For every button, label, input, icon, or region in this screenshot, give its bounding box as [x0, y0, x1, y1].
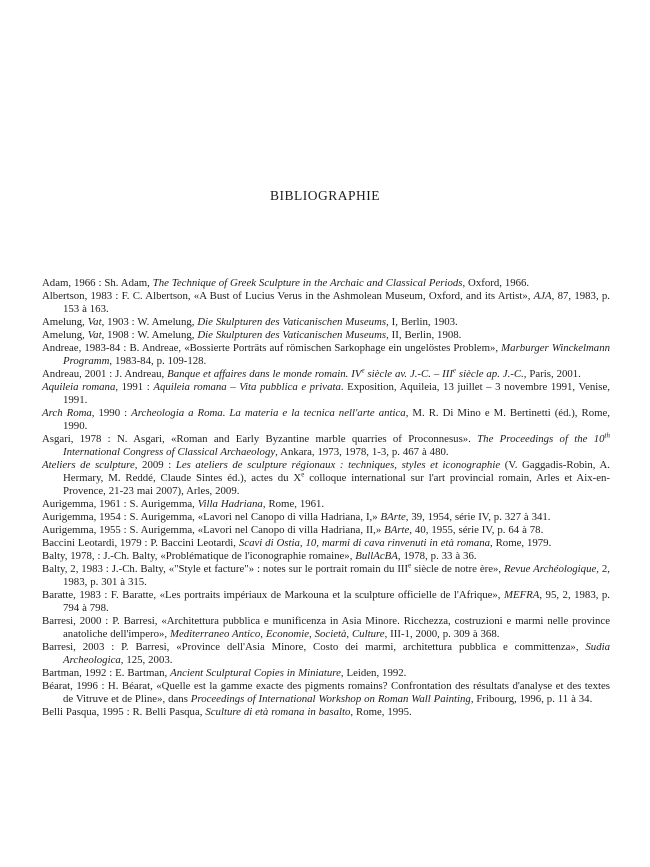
entry-italic-text: th	[605, 431, 610, 439]
entry-italic-text: Arch Roma	[42, 407, 92, 419]
entry-italic-text: Mediterraneo Antico, Economie, Società, …	[170, 628, 385, 640]
bibliography-entry: Andreau, 2001 : J. Andreau, Banque et af…	[42, 368, 610, 381]
entry-italic-text: Scavi di Ostia, 10, marmi di cava rinven…	[239, 537, 490, 549]
entry-text: , 1978, p. 33 à 36.	[398, 550, 477, 562]
bibliography-entry: Bartman, 1992 : E. Bartman, Ancient Scul…	[42, 667, 610, 680]
entry-text: , 2009 :	[135, 459, 176, 471]
entry-italic-text: Vat	[88, 316, 102, 328]
bibliography-list: Adam, 1966 : Sh. Adam, The Technique of …	[42, 277, 610, 719]
entry-text: , Ankara, 1973, 1978, 1-3, p. 467 à 480.	[275, 446, 448, 458]
entry-text: Amelung,	[42, 316, 88, 328]
entry-italic-text: Aquileia romana	[42, 381, 115, 393]
entry-italic-text: Proceedings of International Workshop on…	[191, 693, 471, 705]
entry-italic-text: siècle av. J.-C. – III	[365, 368, 453, 380]
bibliography-entry: Barresi, 2003 : P. Barresi, «Province de…	[42, 641, 610, 667]
entry-text: Paris, 2001.	[527, 368, 581, 380]
bibliography-entry: Béarat, 1996 : H. Béarat, «Quelle est la…	[42, 680, 610, 706]
bibliography-entry: Amelung, Vat, 1908 : W. Amelung, Die Sku…	[42, 329, 610, 342]
entry-text: , 1991 :	[115, 381, 153, 393]
entry-text: , Rome, 1995.	[350, 706, 411, 718]
entry-text: Andreau, 2001 : J. Andreau,	[42, 368, 167, 380]
entry-text: , 1990 :	[92, 407, 131, 419]
bibliography-entry: Aurigemma, 1954 : S. Aurigemma, «Lavori …	[42, 511, 610, 524]
entry-text: Amelung,	[42, 329, 88, 341]
entry-italic-text: Les ateliers de sculpture régionaux : te…	[176, 459, 500, 471]
entry-text: , II, Berlin, 1908.	[386, 329, 461, 341]
bibliography-entry: Barresi, 2000 : P. Barresi, «Architettur…	[42, 615, 610, 641]
entry-italic-text: Revue Archéologique	[504, 563, 596, 575]
bibliography-entry: Aurigemma, 1955 : S. Aurigemma, «Lavori …	[42, 524, 610, 537]
entry-text: Baratte, 1983 : F. Baratte, «Les portrai…	[42, 589, 504, 601]
entry-italic-text: Ateliers de sculpture	[42, 459, 135, 471]
bibliography-entry: Balty, 2, 1983 : J.-Ch. Balty, «"Style e…	[42, 563, 610, 589]
bibliography-entry: Andreae, 1983-84 : B. Andreae, «Bossiert…	[42, 342, 610, 368]
entry-italic-text: siècle ap. J.-C.,	[456, 368, 526, 380]
entry-text: Bartman, 1992 : E. Bartman,	[42, 667, 170, 679]
entry-italic-text: Villa Hadriana	[198, 498, 263, 510]
entry-italic-text: Die Skulpturen des Vaticanischen Museums	[197, 329, 386, 341]
entry-text: , Rome, 1979.	[490, 537, 551, 549]
entry-text: , Rome, 1961.	[263, 498, 324, 510]
entry-italic-text: The Technique of Greek Sculpture in the …	[153, 277, 463, 289]
entry-text: , 1903 : W. Amelung,	[102, 316, 198, 328]
entry-italic-text: BArte	[381, 511, 406, 523]
bibliography-entry: Belli Pasqua, 1995 : R. Belli Pasqua, Sc…	[42, 706, 610, 719]
bibliography-entry: Baccini Leotardi, 1979 : P. Baccini Leot…	[42, 537, 610, 550]
entry-italic-text: Die Skulpturen des Vaticanischen Museums	[197, 316, 386, 328]
bibliography-entry: Baratte, 1983 : F. Baratte, «Les portrai…	[42, 589, 610, 615]
bibliography-entry: Balty, 1978, : J.-Ch. Balty, «Problémati…	[42, 550, 610, 563]
entry-text: Balty, 1978, : J.-Ch. Balty, «Problémati…	[42, 550, 355, 562]
entry-text: Aurigemma, 1954 : S. Aurigemma, «Lavori …	[42, 511, 381, 523]
entry-text: , 1908 : W. Amelung,	[102, 329, 198, 341]
bibliography-entry: Aurigemma, 1961 : S. Aurigemma, Villa Ha…	[42, 498, 610, 511]
entry-italic-text: Ancient Sculptural Copies in Miniature	[170, 667, 341, 679]
entry-text: , Fribourg, 1996, p. 11 à 34.	[471, 693, 592, 705]
entry-italic-text: Archeologia a Roma. La materia e la tecn…	[131, 407, 406, 419]
entry-text: , 125, 2003.	[121, 654, 173, 666]
bibliography-entry: Asgari, 1978 : N. Asgari, «Roman and Ear…	[42, 433, 610, 459]
entry-text: , 1983-84, p. 109-128.	[109, 355, 206, 367]
entry-text: Baccini Leotardi, 1979 : P. Baccini Leot…	[42, 537, 239, 549]
entry-text: Albertson, 1983 : F. C. Albertson, «A Bu…	[42, 290, 534, 302]
entry-text: Balty, 2, 1983 : J.-Ch. Balty, «"Style e…	[42, 563, 408, 575]
entry-text: Aurigemma, 1961 : S. Aurigemma,	[42, 498, 198, 510]
entry-italic-text: BArte	[384, 524, 409, 536]
entry-italic-text: Banque et affaires dans le monde romain.…	[167, 368, 361, 380]
bibliography-entry: Aquileia romana, 1991 : Aquileia romana …	[42, 381, 610, 407]
entry-text: siècle de notre ère»,	[411, 563, 504, 575]
bibliography-entry: Amelung, Vat, 1903 : W. Amelung, Die Sku…	[42, 316, 610, 329]
page-title: BIBLIOGRAPHIE	[0, 188, 650, 204]
entry-text: Barresi, 2003 : P. Barresi, «Province de…	[42, 641, 585, 653]
bibliography-entry: Albertson, 1983 : F. C. Albertson, «A Bu…	[42, 290, 610, 316]
entry-italic-text: The Proceedings of the 10	[477, 433, 604, 445]
bibliography-entry: Ateliers de sculpture, 2009 : Les atelie…	[42, 459, 610, 498]
bibliography-entry: Adam, 1966 : Sh. Adam, The Technique of …	[42, 277, 610, 290]
bibliography-entry: Arch Roma, 1990 : Archeologia a Roma. La…	[42, 407, 610, 433]
entry-italic-text: MEFRA	[504, 589, 539, 601]
entry-italic-text: International Congress of Classical Arch…	[63, 446, 275, 458]
entry-text: , Leiden, 1992.	[341, 667, 406, 679]
entry-italic-text: AJA	[534, 290, 552, 302]
entry-text: Andreae, 1983-84 : B. Andreae, «Bossiert…	[42, 342, 501, 354]
entry-text: Asgari, 1978 : N. Asgari, «Roman and Ear…	[42, 433, 477, 445]
entry-text: , I, Berlin, 1903.	[386, 316, 458, 328]
entry-text: , Oxford, 1966.	[462, 277, 529, 289]
entry-text: Adam, 1966 : Sh. Adam,	[42, 277, 153, 289]
entry-text: Aurigemma, 1955 : S. Aurigemma, «Lavori …	[42, 524, 384, 536]
entry-italic-text: Vat	[88, 329, 102, 341]
document-page: BIBLIOGRAPHIE Adam, 1966 : Sh. Adam, The…	[0, 0, 650, 867]
entry-text: , 40, 1955, série IV, p. 64 à 78.	[409, 524, 543, 536]
entry-text: Belli Pasqua, 1995 : R. Belli Pasqua,	[42, 706, 205, 718]
entry-text: , III-1, 2000, p. 309 à 368.	[385, 628, 500, 640]
entry-italic-text: BullAcBA	[355, 550, 398, 562]
entry-text: , 39, 1954, série IV, p. 327 à 341.	[406, 511, 551, 523]
entry-italic-text: Aquileia romana – Vita pubblica e privat…	[153, 381, 341, 393]
entry-italic-text: Sculture di età romana in basalto	[205, 706, 350, 718]
